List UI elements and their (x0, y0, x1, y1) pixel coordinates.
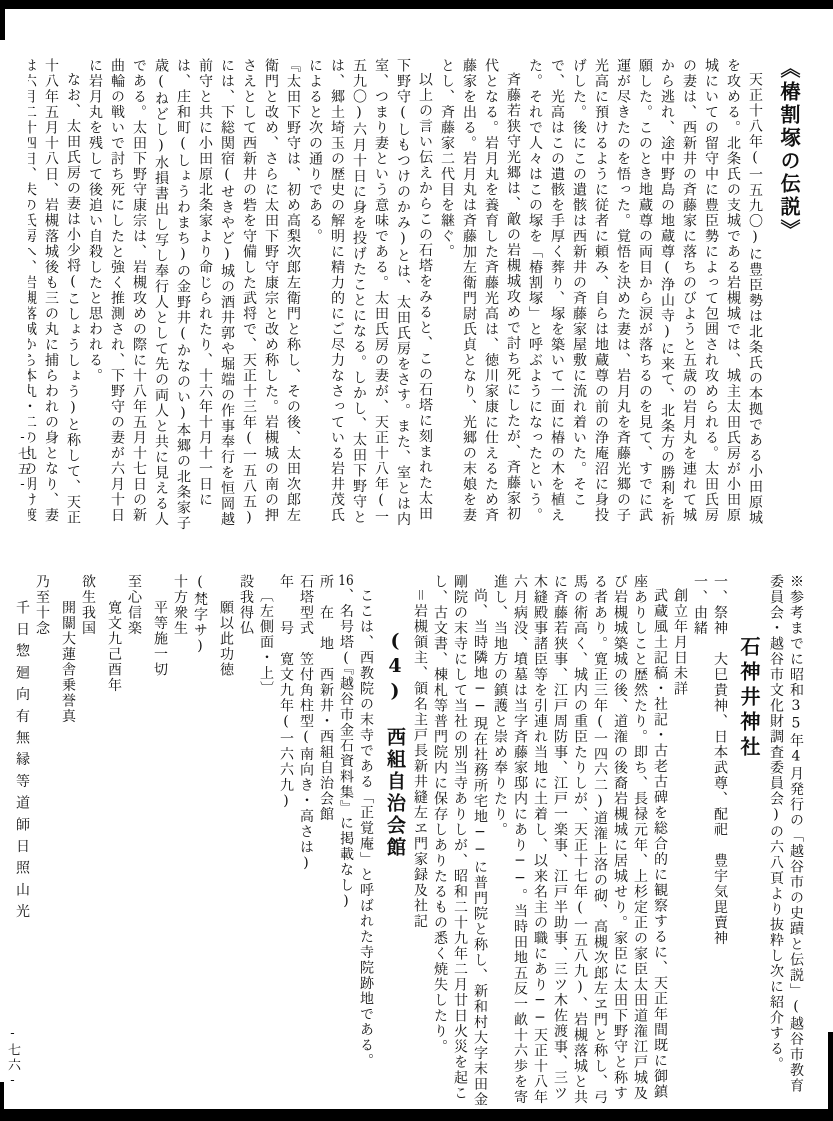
page-top-tsubakiwarizuka: 《椿割塚の伝説》 天正十八年(一五九〇)に豊臣勢は北条氏の本拠である小田原城を攻… (28, 58, 806, 532)
scanned-book-page: 《椿割塚の伝説》 天正十八年(一五九〇)に豊臣勢は北条氏の本拠である小田原城を攻… (0, 0, 833, 1121)
inscription-lower: 寛文九己酉年 (104, 600, 124, 1108)
paragraph: 天正十八年(一五九〇)に豊臣勢は北条氏の本拠である小田原城を攻める。北条氏の支城… (524, 58, 766, 532)
location-line: 所 在 地 西新井・西組自治会館 (316, 574, 336, 1108)
page-bottom-ishijinja: ※参考までに昭和35年4月発行の「越谷市の史蹟と伝説」(越谷市教育委員会・越谷市… (8, 574, 806, 1108)
inscription-lower: 開關大蓮舎乗誉真 (58, 600, 78, 1108)
paragraph: なお、太田氏房の妻は小少将(こしょうしょう)と称して、天正十八年五月十八日、岩槻… (28, 58, 84, 532)
paragraph: 以上の言い伝えからこの石塔をみると、この石塔に刻まれた太田下野守(しもつけのかみ… (304, 58, 436, 532)
face-label: 〔左側面・上〕 (256, 574, 276, 1108)
scan-bottom-black-bar (0, 1109, 833, 1121)
page-number-top: -七五- (13, 430, 32, 494)
inscription-upper: 至心信楽 (124, 574, 144, 1108)
inscription-bonji-header: (梵字サ) (190, 574, 210, 1108)
inscription-upper: 欲生我国 (78, 574, 98, 1108)
inscription-upper: 乃至十念 (32, 574, 52, 1108)
shrine-founding-line: 創立年月日未詳 (670, 574, 690, 1108)
reference-note: ※参考までに昭和35年4月発行の「越谷市の史蹟と伝説」(越谷市教育委員会・越谷市… (766, 574, 806, 1108)
section4-intro: ここは、西教院の末寺である「正覚庵」と呼ばれた寺院跡地である。 (356, 574, 376, 1108)
inscription-upper: 十方衆生 (170, 574, 190, 1108)
scan-top-black-bar (0, 0, 833, 9)
inscription-column: 欲生我国 開關大蓮舎乗誉真 (58, 574, 98, 1108)
shrine-yuisho-label: 一、由緒 (690, 574, 710, 1108)
stone-type-line: 石塔型式 笠付角柱型(南向き・高さは) (296, 574, 316, 1108)
inscription-upper: 設我得仏 (236, 574, 256, 1108)
item-title-line: 16、名号塔(『越谷市金石資料集』に掲載なし) (336, 574, 356, 1108)
inscription-lower: 願以此功徳 (216, 600, 236, 1108)
shrine-addendum-paragraph: 尚、当時隣地──現在社務所宅地──に普門院と称し、新和村大字末田金剛院の末寺にし… (430, 574, 490, 1108)
scan-edge-mark (0, 0, 5, 40)
legend-title: 《椿割塚の伝説》 (772, 58, 806, 532)
shrine-heading: 石神井神社 (734, 574, 764, 1108)
paragraph-quote: 『太田下野守は、初め高梨次郎左衛門と称し、その後、太田次郎左衛門と改め、さらに太… (84, 58, 304, 532)
section4-heading: (4) 西組自治会館 (380, 574, 410, 1108)
inscription-column: 至心信楽 寛文九己酉年 (104, 574, 144, 1108)
inscription-column: (梵字サ) 十方衆生 平等施一切 (150, 574, 210, 1108)
era-line: 年 号 寛文九年(一六六九) (276, 574, 296, 1108)
shrine-history-paragraph: 武蔵風土記稿・社記・古老古碑を総合的に観察するに、天正年間既に御鎮座ありしこと歴… (490, 574, 670, 1108)
inscription-column: 設我得仏 願以此功徳 (216, 574, 256, 1108)
paragraph: 斉藤若狭守光郷は、敵の岩槻城攻めで討ち死にしたが、斉藤家初代となる。岩月丸を養育… (436, 58, 524, 532)
item-number: 16 (338, 574, 354, 588)
item-title: 、名号塔(『越谷市金石資料集』に掲載なし) (338, 588, 354, 911)
shrine-source-line: ＝岩槻領主、領名主戸長新井縫左ヱ門家録及社記 (410, 574, 430, 1108)
inscription-lower: 平等施一切 (150, 600, 170, 1108)
shrine-deities-line: 一、祭神 大巳貴神、日本武尊、配祀 豊宇気毘賣神 (710, 574, 730, 1108)
page-number-bottom: -七六- (3, 1026, 22, 1090)
scan-edge-mark (828, 1032, 833, 1121)
